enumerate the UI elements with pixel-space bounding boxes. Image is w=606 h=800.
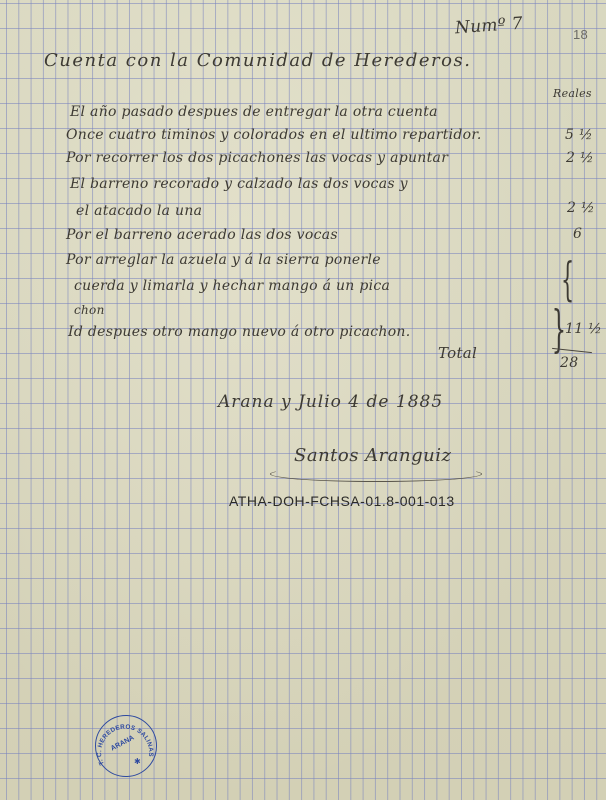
heirs-stamp: T. C. HEREDEROS SALINAS ARANA ✱ [95, 715, 157, 777]
entry-amount-3: 2 ½ [566, 150, 594, 166]
entry-line-4: El barreno recorado y calzado las dos vo… [70, 176, 408, 192]
column-header-reales: Reales [553, 87, 592, 100]
total-amount: 28 [560, 355, 578, 371]
star-icon: ✱ [134, 757, 141, 766]
entry-line-1: El año pasado despues de entregar la otr… [70, 104, 438, 120]
entry-line-8: cuerda y limarla y hechar mango á un pic… [74, 278, 390, 294]
entry-line-10: Id despues otro mango nuevo á otro picac… [68, 324, 411, 340]
entry-amount-10: 11 ½ [565, 321, 602, 337]
entry-line-2: Once cuatro timinos y colorados en el ul… [66, 127, 482, 143]
signature-flourish [270, 466, 482, 482]
entry-line-3: Por recorrer los dos picachones las voca… [66, 150, 448, 166]
entry-amount-5: 2 ½ [567, 200, 595, 216]
entry-line-6: Por el barreno acerado las dos vocas [66, 227, 338, 243]
pencil-folio-number: 18 [573, 27, 588, 42]
document-number: Numº 7 [454, 14, 523, 39]
archive-reference: ATHA-DOH-FCHSA-01.8-001-013 [229, 493, 455, 509]
entry-amount-2: 5 ½ [565, 127, 593, 143]
entry-line-5: el atacado la una [76, 203, 202, 219]
document-title: Cuenta con la Comunidad de Herederos. [44, 50, 471, 71]
total-label: Total [438, 344, 477, 362]
entry-line-9: chon [74, 303, 105, 317]
place-date: Arana y Julio 4 de 1885 [218, 392, 443, 412]
entry-amount-6: 6 [573, 226, 582, 242]
entry-line-7: Por arreglar la azuela y á la sierra pon… [66, 252, 381, 268]
signature: Santos Aranguiz [294, 445, 451, 466]
stamp-ring-text-icon: T. C. HEREDEROS SALINAS [94, 714, 158, 778]
grouping-brace-upper: { [561, 252, 574, 306]
